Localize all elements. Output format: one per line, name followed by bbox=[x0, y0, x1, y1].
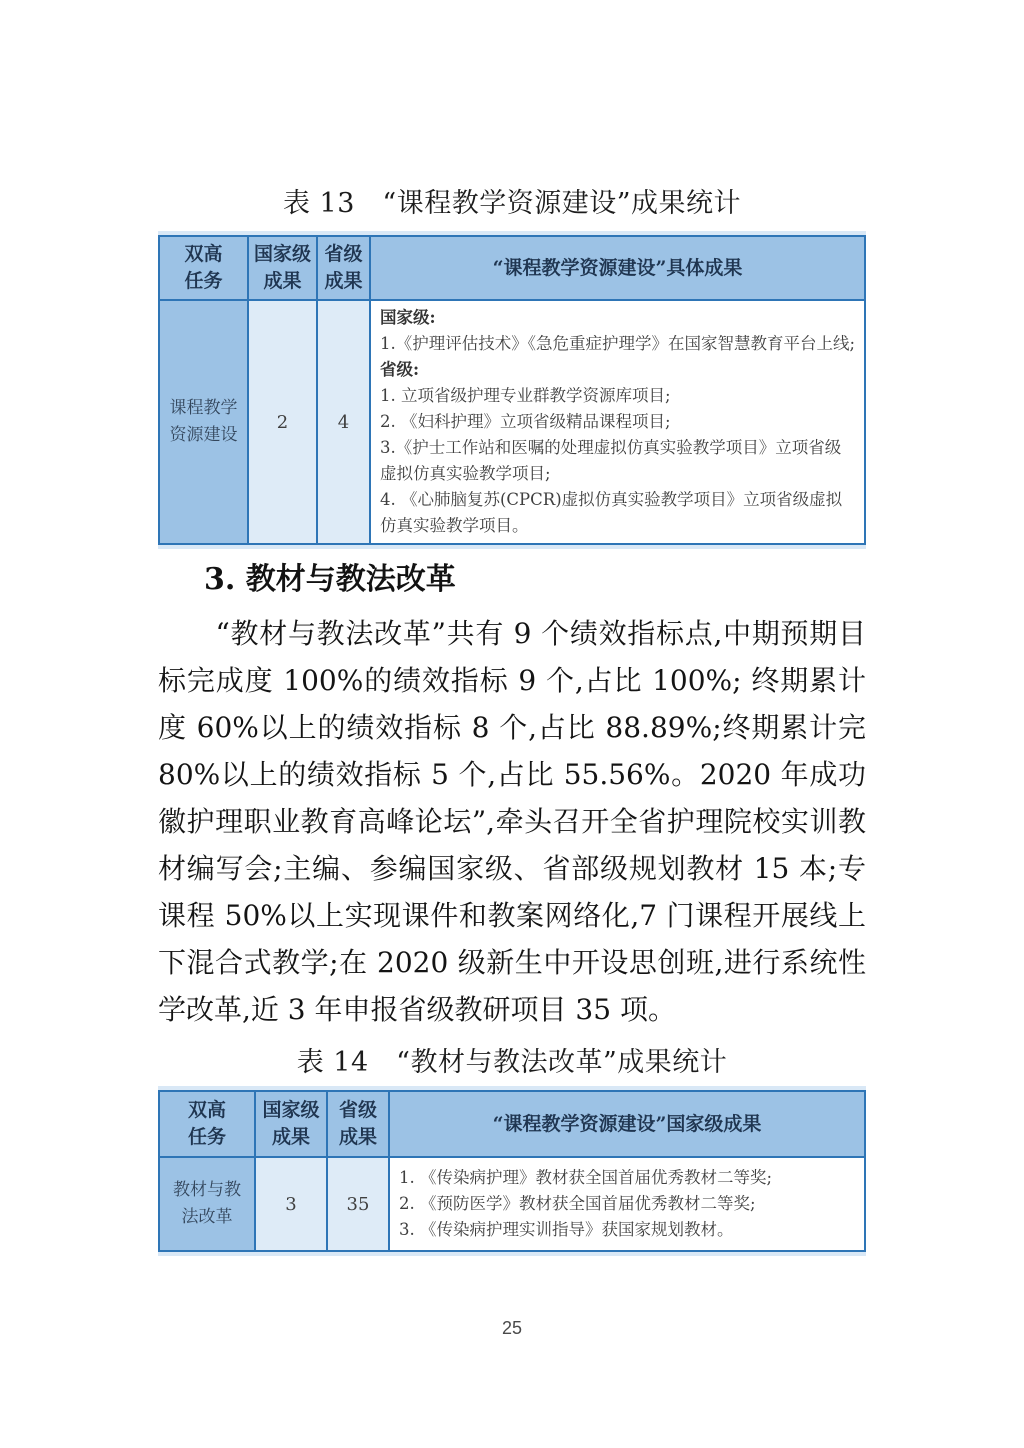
table-13-header-national: 国家级 成果 bbox=[248, 236, 317, 300]
paragraph-line: 课程 50%以上实现课件和教案网络化,7 门课程开展线上线 bbox=[158, 892, 866, 939]
table-13-data-row: 课程教学 资源建设 2 4 国家级: 1.《护理评估技术》《急危重症护理学》在国… bbox=[159, 300, 865, 544]
table-13-provincial-count: 4 bbox=[317, 300, 370, 544]
paragraph-line: 徽护理职业教育高峰论坛”,牵头召开全省护理院校实训教 bbox=[158, 798, 866, 845]
paragraph-line: 度 60%以上的绩效指标 8 个,占比 88.89%;终期累计完成度 bbox=[158, 704, 866, 751]
paragraph-line: 材编写会;主编、参编国家级、省部级规划教材 15 本;专业 bbox=[158, 845, 866, 892]
table-14-task-cell: 教材与教 法改革 bbox=[159, 1157, 255, 1251]
table-13-header-row: 双高 任务 国家级 成果 省级 成果 “课程教学资源建设”具体成果 bbox=[159, 236, 865, 300]
table-14-grid: 双高 任务 国家级 成果 省级 成果 “课程教学资源建设”国家级成果 教材与教 … bbox=[158, 1090, 866, 1252]
details-line: 3. 《传染病护理实训指导》获国家规划教材。 bbox=[399, 1217, 856, 1243]
details-line: 4. 《心肺脑复苏(CPCR)虚拟仿真实验教学项目》立项省级虚拟仿真实验教学项目… bbox=[380, 487, 856, 539]
details-line: 2. 《妇科护理》立项省级精品课程项目; bbox=[380, 409, 856, 435]
section-heading: 3. 教材与教法改革 bbox=[158, 554, 866, 598]
table-13-header-details: “课程教学资源建设”具体成果 bbox=[370, 236, 865, 300]
table-14: 双高 任务 国家级 成果 省级 成果 “课程教学资源建设”国家级成果 教材与教 … bbox=[158, 1086, 866, 1256]
table-13: 双高 任务 国家级 成果 省级 成果 “课程教学资源建设”具体成果 课程教学 资… bbox=[158, 231, 866, 549]
table-13-task-cell: 课程教学 资源建设 bbox=[159, 300, 248, 544]
table-13-details-cell: 国家级: 1.《护理评估技术》《急危重症护理学》在国家智慧教育平台上线; 省级:… bbox=[370, 300, 865, 544]
table-14-header-row: 双高 任务 国家级 成果 省级 成果 “课程教学资源建设”国家级成果 bbox=[159, 1091, 865, 1157]
details-line: 1. 立项省级护理专业群教学资源库项目; bbox=[380, 383, 856, 409]
paragraph-line: 80%以上的绩效指标 5 个,占比 55.56%。2020 年成功举办“安 bbox=[158, 751, 866, 798]
table-13-national-count: 2 bbox=[248, 300, 317, 544]
paragraph-line: 标完成度 100%的绩效指标 9 个,占比 100%; 终期累计完成 bbox=[158, 657, 866, 704]
table-13-header-provincial: 省级 成果 bbox=[317, 236, 370, 300]
section-paragraph: “教材与教法改革”共有 9 个绩效指标点,中期预期目 标完成度 100%的绩效指… bbox=[158, 610, 866, 1033]
table-14-data-row: 教材与教 法改革 3 35 1. 《传染病护理》教材获全国首届优秀教材二等奖; … bbox=[159, 1157, 865, 1251]
table-14-details-cell: 1. 《传染病护理》教材获全国首届优秀教材二等奖; 2. 《预防医学》教材获全国… bbox=[389, 1157, 865, 1251]
details-line: 省级: bbox=[380, 357, 856, 383]
paragraph-line: “教材与教法改革”共有 9 个绩效指标点,中期预期目 bbox=[158, 610, 866, 657]
table-14-caption: 表 14 “教材与教法改革”成果统计 bbox=[158, 1040, 866, 1079]
table-14-header-provincial: 省级 成果 bbox=[327, 1091, 389, 1157]
table-14-header-national: 国家级 成果 bbox=[255, 1091, 327, 1157]
table-13-grid: 双高 任务 国家级 成果 省级 成果 “课程教学资源建设”具体成果 课程教学 资… bbox=[158, 235, 866, 545]
table-14-national-count: 3 bbox=[255, 1157, 327, 1251]
page-number: 25 bbox=[0, 1318, 1024, 1339]
details-line: 2. 《预防医学》教材获全国首届优秀教材二等奖; bbox=[399, 1191, 856, 1217]
details-line: 3.《护士工作站和医嘱的处理虚拟仿真实验教学项目》立项省级虚拟仿真实验教学项目; bbox=[380, 435, 856, 487]
details-line: 1. 《传染病护理》教材获全国首届优秀教材二等奖; bbox=[399, 1165, 856, 1191]
paragraph-line: 学改革,近 3 年申报省级教研项目 35 项。 bbox=[158, 986, 866, 1033]
table-14-header-task: 双高 任务 bbox=[159, 1091, 255, 1157]
paragraph-line: 下混合式教学;在 2020 级新生中开设思创班,进行系统性教 bbox=[158, 939, 866, 986]
table-14-header-details: “课程教学资源建设”国家级成果 bbox=[389, 1091, 865, 1157]
table-13-header-task: 双高 任务 bbox=[159, 236, 248, 300]
details-line: 国家级: bbox=[380, 305, 856, 331]
table-14-provincial-count: 35 bbox=[327, 1157, 389, 1251]
table-13-caption: 表 13 “课程教学资源建设”成果统计 bbox=[158, 181, 866, 220]
details-line: 1.《护理评估技术》《急危重症护理学》在国家智慧教育平台上线; bbox=[380, 331, 856, 357]
document-page: 表 13 “课程教学资源建设”成果统计 双高 任务 国家级 成果 省级 成果 “… bbox=[0, 0, 1024, 1448]
